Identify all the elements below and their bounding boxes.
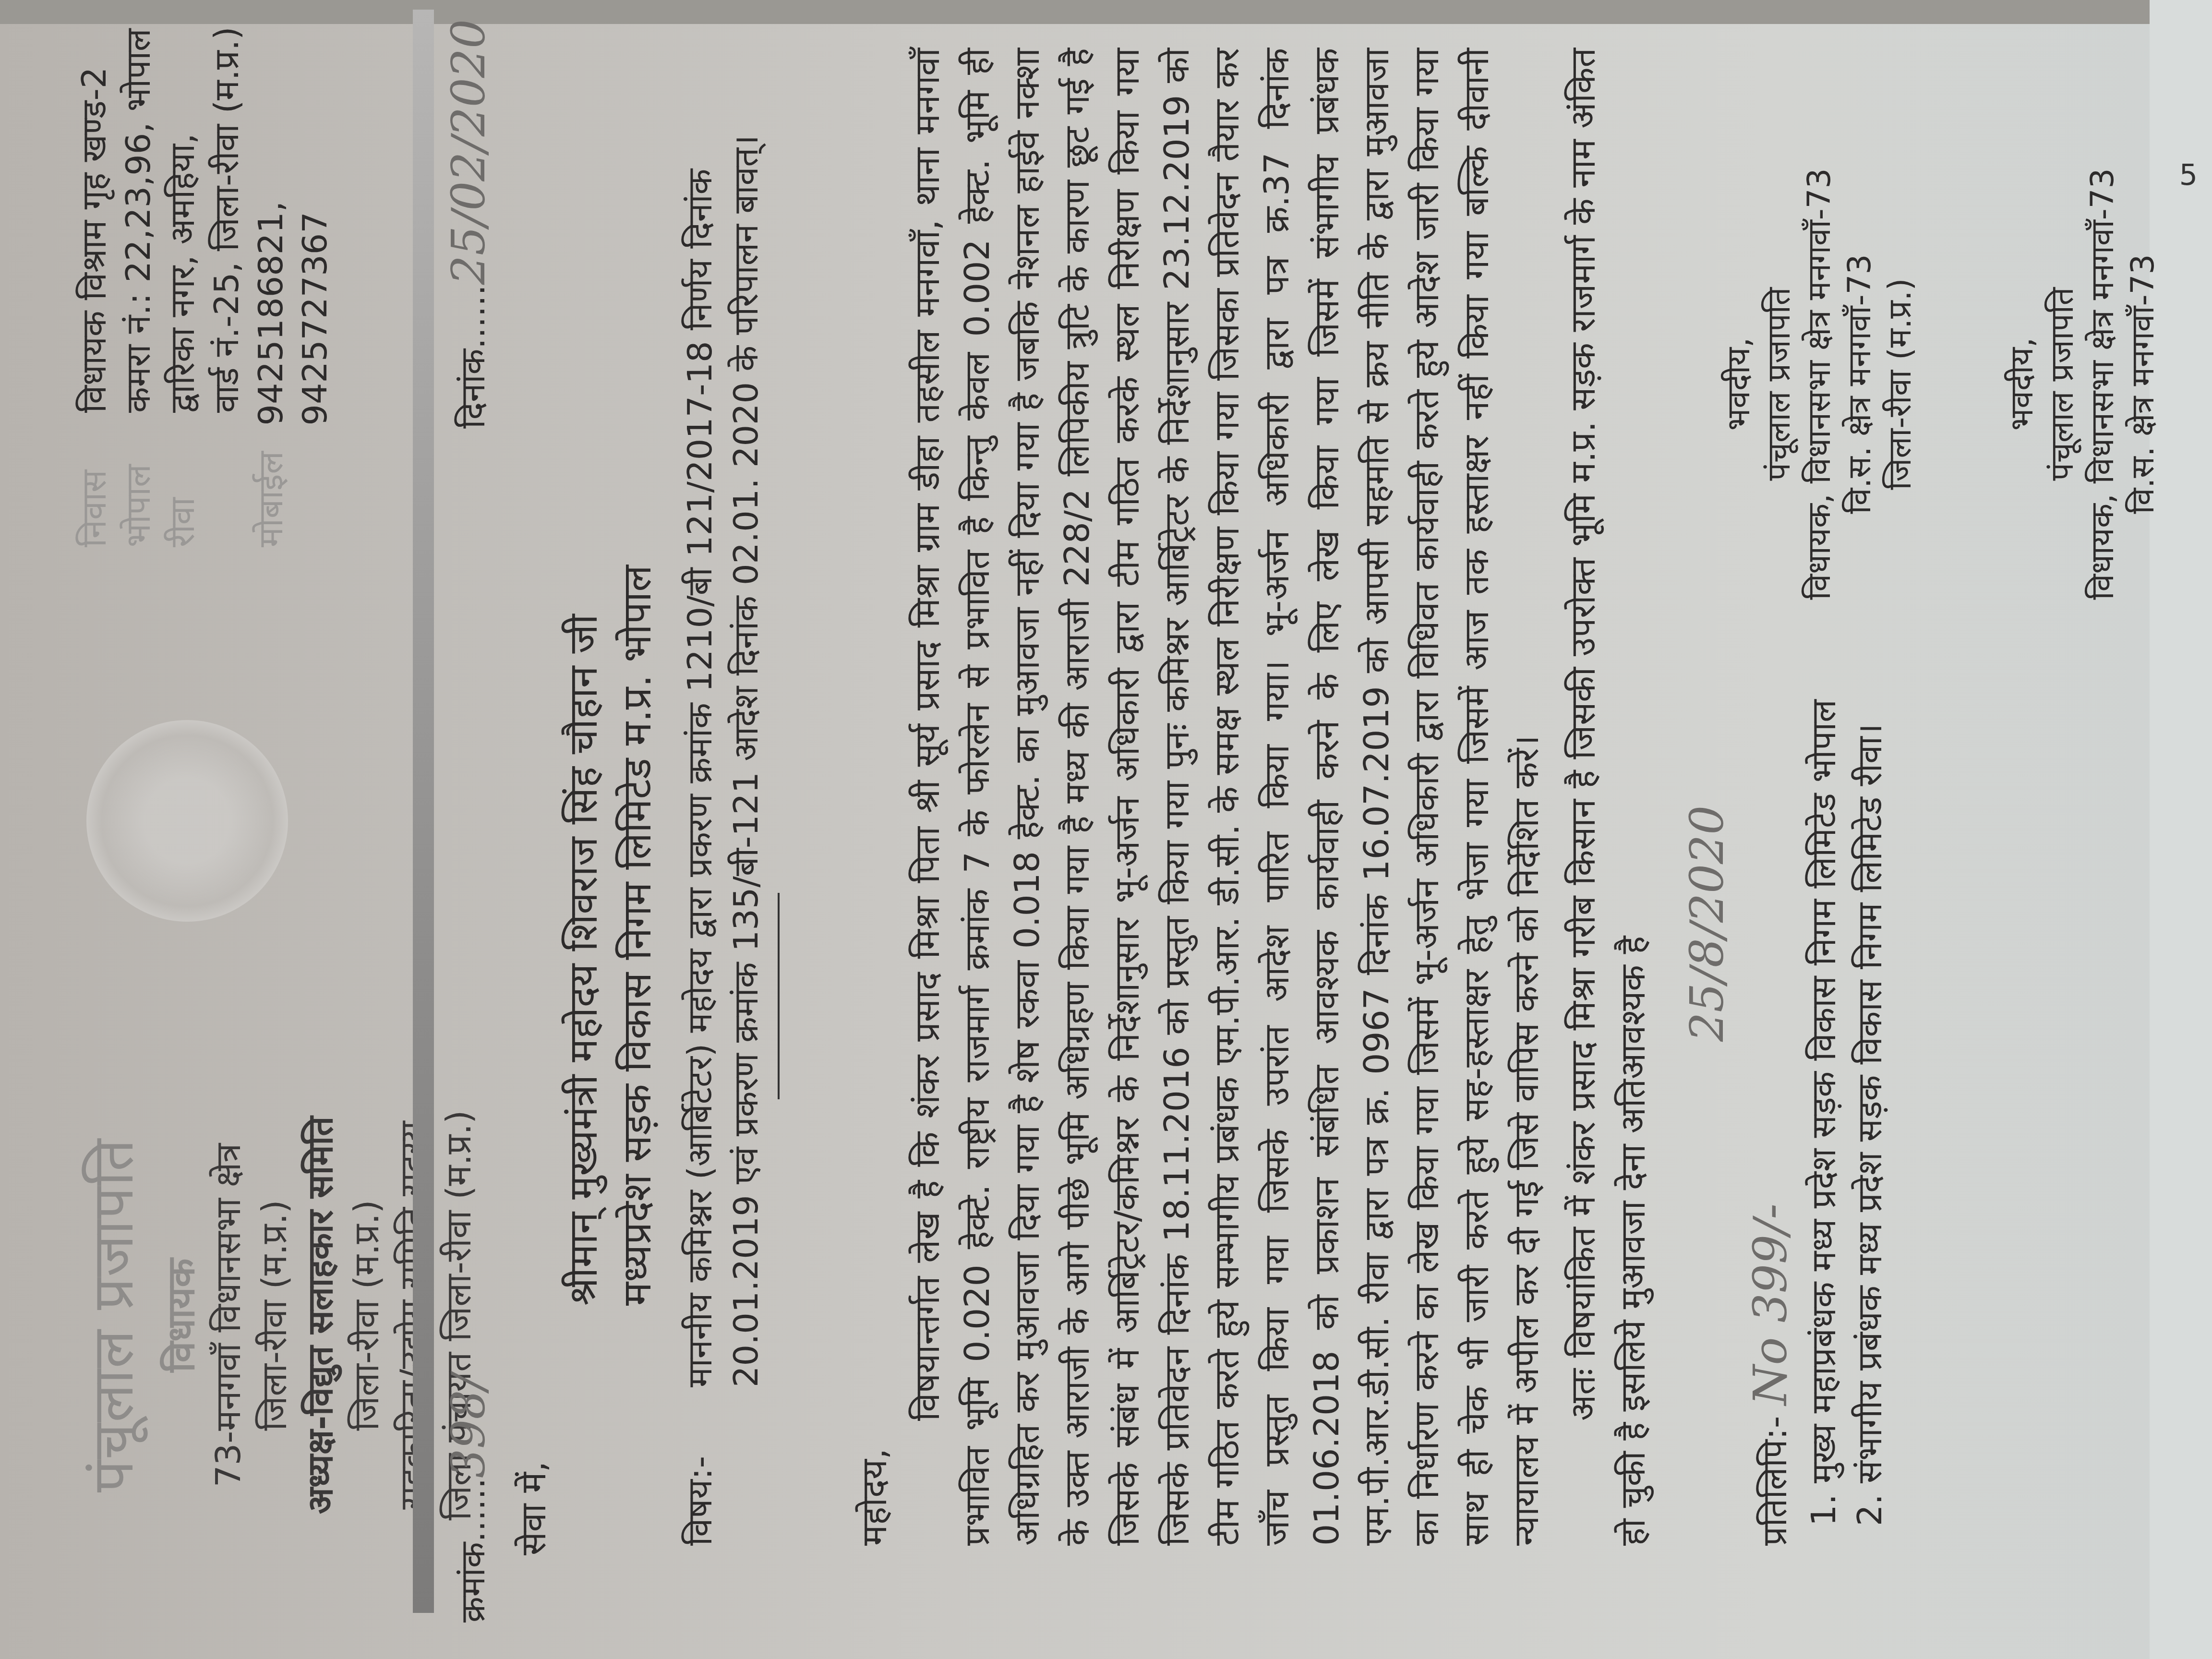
ref-number-label: क्रमांक......: [453, 1478, 493, 1623]
address-label: भोपाल: [116, 413, 160, 547]
copy-number-handwritten: No 399/-: [1743, 1203, 1797, 1405]
letterhead-role: विधायक: [154, 1008, 205, 1623]
addressee-line: मध्यप्रदेश सड़क विकास निगम लिमिटेड म.प्र…: [611, 565, 664, 1306]
ref-date: दिनांक......25/02/2020: [442, 19, 495, 429]
signature-block: भवदीय, पंचूलाल प्रजापति विधायक, विधानसभा…: [1719, 144, 1920, 624]
subject-text: माननीय कमिश्नर (आर्बिटेटर) महोदय द्वारा …: [677, 58, 780, 1387]
address-value: विधायक विश्राम गृह खण्ड-2: [72, 67, 116, 413]
copy-item: मुख्य महाप्रबंधक मध्य प्रदेश सड़क विकास …: [1801, 634, 1847, 1483]
subject-body: माननीय कमिश्नर (आर्बिटेटर) महोदय द्वारा …: [680, 135, 766, 1387]
address-row: मोबाईल9425186821, 9425727367: [249, 19, 337, 547]
addressee: श्रीमान् मुख्यमंत्री महोदय शिवराज सिंह च…: [557, 565, 664, 1306]
body-paragraph: विषयान्तर्गत लेख है कि शंकर प्रसाद मिश्र…: [902, 48, 1551, 1546]
signature-line: वि.स. क्षेत्र मनगवाँ-73: [1839, 144, 1880, 624]
address-row: भोपालकमरा नं.: 22,23,96, भोपाल: [116, 19, 160, 547]
address-value: द्वारिका नगर, अमहिया,: [160, 133, 204, 413]
signature-block-copy: भवदीय, पंचूलाल प्रजापति विधायक, विधानसभा…: [2002, 144, 2163, 624]
signature-closing: भवदीय,: [1719, 144, 1759, 624]
handwritten-initials: 25/8/2020: [1680, 805, 1734, 1042]
ref-date-label: दिनांक......: [453, 285, 493, 429]
addressee-line: श्रीमान् मुख्यमंत्री महोदय शिवराज सिंह च…: [557, 565, 611, 1306]
signature-name: पंचूलाल प्रजापति: [1759, 144, 1799, 624]
letter-page: पंचूलाल प्रजापति विधायक 73-मनगवाँ विधानस…: [19, 10, 2170, 1642]
signature-line: विधायक, विधानसभा क्षेत्र मनगवाँ-73: [2082, 144, 2123, 624]
address-row: रीवाद्वारिका नगर, अमहिया,: [160, 19, 204, 547]
address-label: मोबाईल: [249, 426, 337, 547]
letterhead-line: 73-मनगवाँ विधानसभा क्षेत्र: [205, 1008, 251, 1623]
address-row: वार्ड नं.-25, जिला-रीवा (म.प्र.): [204, 19, 249, 547]
state-emblem-icon: [86, 720, 288, 922]
letterhead-line: अध्यक्ष-विद्युत सलाहकार समिति: [297, 1008, 343, 1623]
signature-name: पंचूलाल प्रजापति: [2042, 144, 2082, 624]
ref-date-handwritten: 25/02/2020: [442, 19, 495, 285]
letterhead-line: जिला-रीवा (म.प्र.): [251, 1008, 297, 1623]
letterhead-line: जिला-रीवा (म.प्र.): [343, 1008, 389, 1623]
letterhead-name: पंचूलाल प्रजापति: [72, 1008, 149, 1623]
reference-line: क्रमांक......398/ दिनांक......25/02/2020: [442, 19, 495, 1623]
signature-line: जिला-रीवा (म.प्र.): [1880, 144, 1920, 624]
addressee-prefix: सेवा में,: [509, 1461, 556, 1555]
signature-closing: भवदीय,: [2002, 144, 2042, 624]
letterhead-divider: [413, 10, 434, 1613]
address-value: वार्ड नं.-25, जिला-रीवा (म.प्र.): [204, 27, 249, 413]
address-value: कमरा नं.: 22,23,96, भोपाल: [116, 29, 160, 413]
signature-line: वि.स. क्षेत्र मनगवाँ-73: [2123, 144, 2163, 624]
address-value: 9425186821, 9425727367: [249, 19, 337, 426]
copy-list: मुख्य महाप्रबंधक मध्य प्रदेश सड़क विकास …: [1801, 634, 1893, 1546]
salutation: महोदय,: [850, 1448, 897, 1546]
subject: विषय:- माननीय कमिश्नर (आर्बिटेटर) महोदय …: [677, 58, 780, 1546]
copy-to: प्रतिलिपि:- No 399/- मुख्य महाप्रबंधक मध…: [1747, 634, 1893, 1546]
address-label: [204, 413, 249, 547]
copy-item: संभागीय प्रबंधक मध्य प्रदेश सड़क विकास न…: [1847, 634, 1893, 1483]
body-paragraph: अतः विषयांकित में शंकर प्रसाद मिश्रा गरी…: [1558, 48, 1658, 1546]
copy-label: प्रतिलिपि:-: [1755, 1416, 1794, 1546]
address-label: निवास: [72, 413, 116, 547]
page-count: 5: [2179, 158, 2198, 192]
ref-number-handwritten: 398/: [442, 1374, 495, 1478]
address-label: रीवा: [160, 413, 204, 547]
letterhead-address: निवासविधायक विश्राम गृह खण्ड-2 भोपालकमरा…: [72, 19, 337, 547]
subject-underline: [778, 893, 780, 1099]
address-row: निवासविधायक विश्राम गृह खण्ड-2: [72, 19, 116, 547]
signature-line: विधायक, विधानसभा क्षेत्र मनगवाँ-73: [1799, 144, 1839, 624]
subject-label: विषय:-: [677, 1387, 780, 1546]
letter-body: विषयान्तर्गत लेख है कि शंकर प्रसाद मिश्र…: [902, 48, 1665, 1546]
